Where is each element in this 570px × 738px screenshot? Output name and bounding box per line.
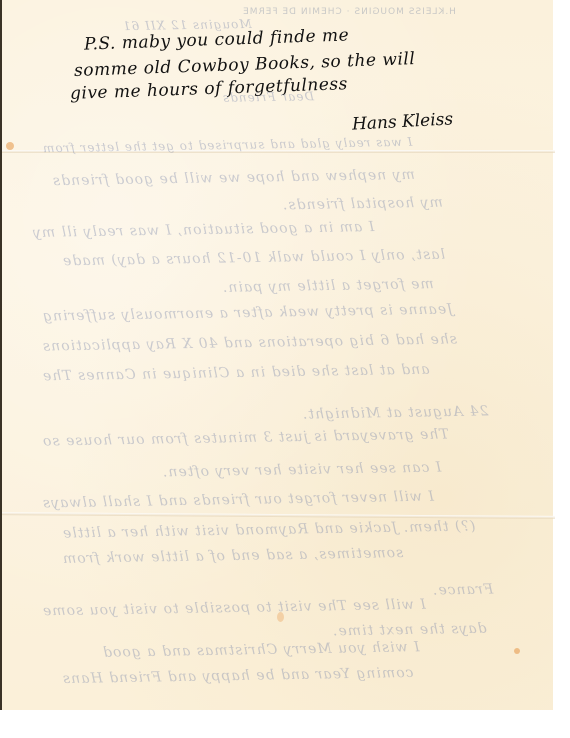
bleed-line: 24 August at Midnight.: [302, 403, 489, 422]
bleed-line: me forget a little my pain.: [222, 276, 434, 296]
bleed-line: my nephew and hope we will be good frien…: [52, 167, 415, 189]
bleed-line: The graveyard is just 3 minutes from our…: [42, 426, 449, 449]
stain: [6, 142, 14, 150]
bleed-line: days the next time.: [332, 621, 487, 640]
letterhead: H.KLEISS MOUGINS · CHEMIN DE FERME: [242, 7, 456, 17]
bleed-line: I will see The visit to possible to visi…: [42, 597, 426, 620]
signature: Hans Kleiss: [352, 109, 454, 134]
bleed-line: France.: [432, 581, 494, 598]
postscript-line-2: somme old Cowboy Books, so the will: [74, 49, 416, 81]
bleed-line: my hospital friends.: [282, 195, 443, 214]
bleed-line: and at last she died in a Clinique in Ca…: [42, 362, 430, 385]
bleed-line: I will never forget our friends and I sh…: [42, 489, 434, 512]
bleed-line: last, only I could walk 10-12 hours a da…: [62, 247, 445, 270]
bleed-line: (?) them. Jackie and Raymond visit with …: [62, 518, 476, 541]
bleed-line: sometimes, a sad end of a little work fr…: [62, 545, 404, 567]
bleed-line: I can see her visite her very often.: [162, 460, 442, 481]
bleed-line: coming Year and be happy and Friend Hans: [62, 665, 414, 687]
bleed-line: I wish you Merry Christmas and a good: [102, 639, 420, 661]
letter-page: H.KLEISS MOUGINS · CHEMIN DE FERME Mougi…: [0, 0, 553, 710]
stain: [514, 648, 520, 654]
bleed-line: she had 6 big operations and 40 X Ray ap…: [42, 331, 457, 354]
bleed-line: Jeanne is pretty weak after a enormously…: [42, 301, 453, 324]
bleed-line: I am in a good situation, I was realy il…: [32, 219, 375, 241]
